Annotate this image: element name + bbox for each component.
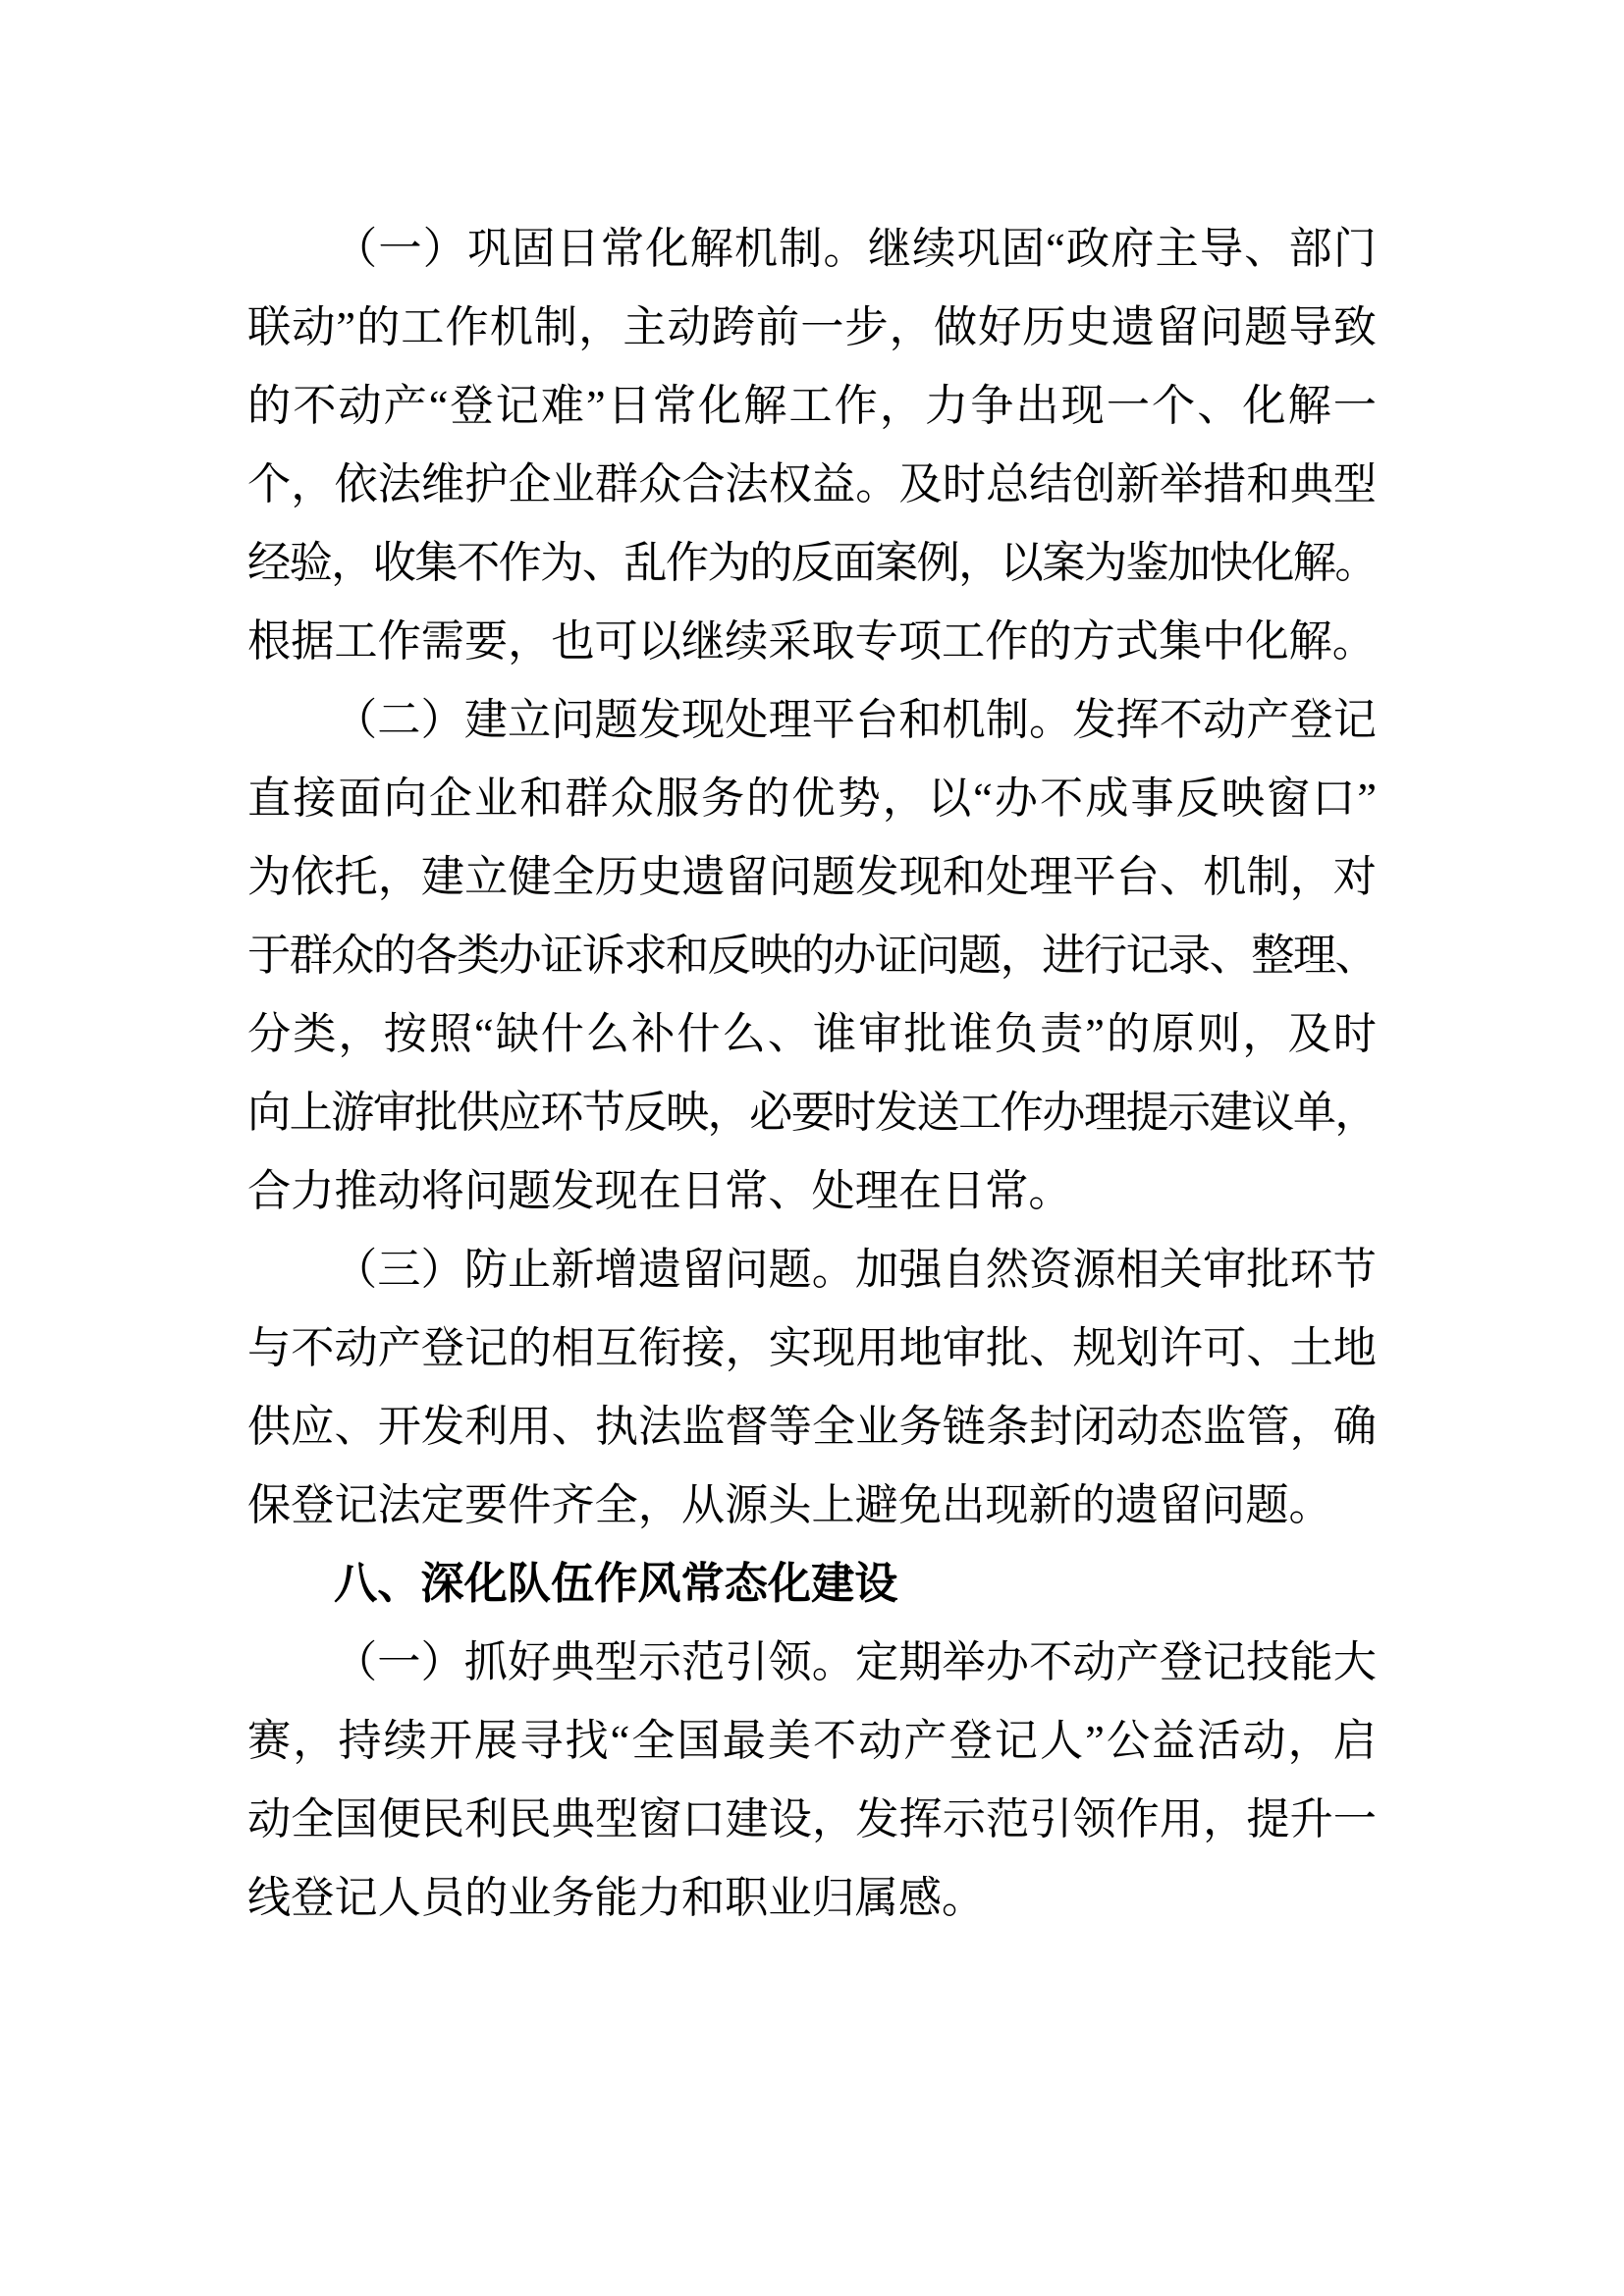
text-line: 赛，持续开展寻找“全国最美不动产登记人”公益活动，启 [247, 1702, 1377, 1781]
text-line: 的不动产“登记难”日常化解工作，力争出现一个、化解一 [247, 367, 1377, 446]
text-line: （一）巩固日常化解机制。继续巩固“政府主导、部门 [247, 210, 1377, 289]
text-line: 与不动产登记的相互衔接，实现用地审批、规划许可、土地 [247, 1309, 1377, 1388]
text-line: 于群众的各类办证诉求和反映的办证问题，进行记录、整理、 [247, 917, 1377, 995]
text-line: 保登记法定要件齐全，从源头上避免出现新的遗留问题。 [247, 1467, 1377, 1545]
text-line: 个，依法维护企业群众合法权益。及时总结创新举措和典型 [247, 446, 1377, 524]
document-body: （一）巩固日常化解机制。继续巩固“政府主导、部门联动”的工作机制，主动跨前一步，… [247, 210, 1377, 1938]
text-line: 动全国便民利民典型窗口建设，发挥示范引领作用，提升一 [247, 1781, 1377, 1859]
text-line: （三）防止新增遗留问题。加强自然资源相关审批环节 [247, 1231, 1377, 1309]
text-line: 直接面向企业和群众服务的优势，以“办不成事反映窗口” [247, 760, 1377, 838]
text-line: 经验，收集不作为、乱作为的反面案例，以案为鉴加快化解。 [247, 524, 1377, 603]
text-line: 联动”的工作机制，主动跨前一步，做好历史遗留问题导致 [247, 289, 1377, 367]
document-page: （一）巩固日常化解机制。继续巩固“政府主导、部门联动”的工作机制，主动跨前一步，… [0, 0, 1624, 2296]
text-line: 向上游审批供应环节反映，必要时发送工作办理提示建议单， [247, 1074, 1377, 1152]
text-line: 为依托，建立健全历史遗留问题发现和处理平台、机制，对 [247, 838, 1377, 917]
text-line: （二）建立问题发现处理平台和机制。发挥不动产登记 [247, 681, 1377, 760]
text-line: 合力推动将问题发现在日常、处理在日常。 [247, 1152, 1377, 1231]
text-line: 根据工作需要，也可以继续采取专项工作的方式集中化解。 [247, 603, 1377, 681]
text-line: 分类，按照“缺什么补什么、谁审批谁负责”的原则，及时 [247, 995, 1377, 1074]
text-line: 线登记人员的业务能力和职业归属感。 [247, 1859, 1377, 1938]
text-line: （一）抓好典型示范引领。定期举办不动产登记技能大 [247, 1624, 1377, 1702]
section-heading: 八、深化队伍作风常态化建设 [247, 1545, 1377, 1624]
text-line: 供应、开发利用、执法监督等全业务链条封闭动态监管，确 [247, 1388, 1377, 1467]
